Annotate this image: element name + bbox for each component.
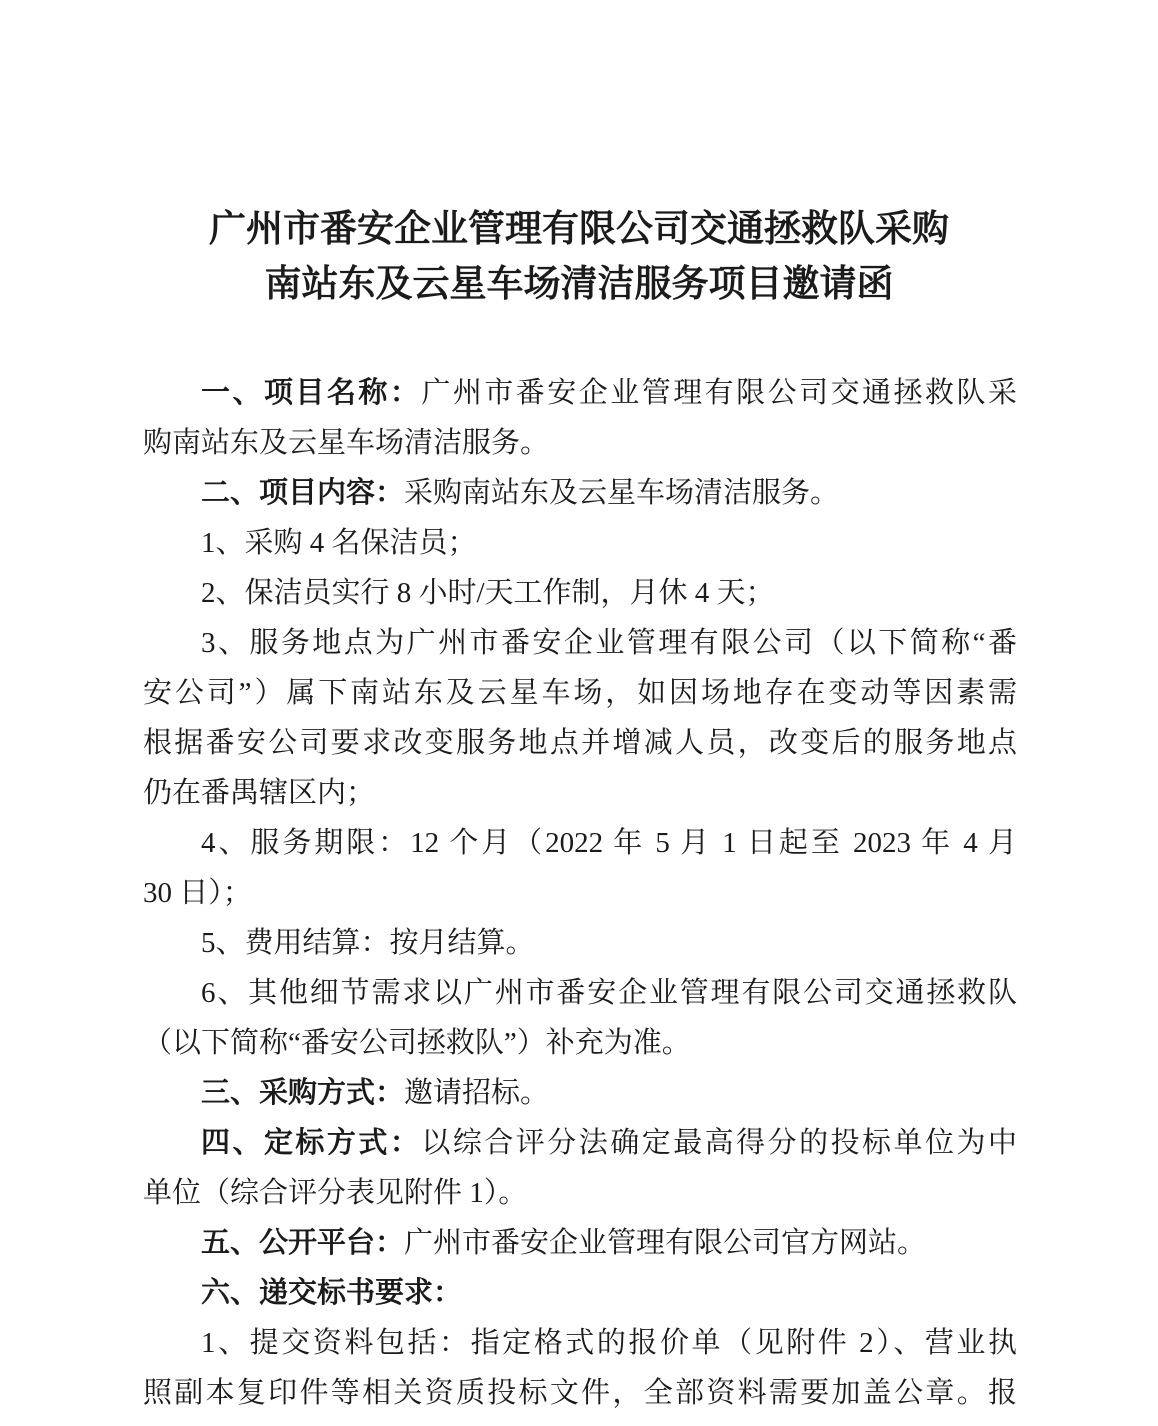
section-heading: 五、公开平台： <box>201 1227 404 1259</box>
text-line: 6、其他细节需求以广州市番安企业管理有限公司交通拯救队 <box>143 968 1017 1018</box>
text-line: 4、服务期限：12 个月（2022 年 5 月 1 日起至 2023 年 4 月 <box>143 818 1017 868</box>
text-line: 六、递交标书要求： <box>143 1268 1017 1318</box>
line-text: 1、采购 4 名保洁员； <box>201 527 477 559</box>
line-text: 照副本复印件等相关资质投标文件，全部资料需要加盖公章。报 <box>143 1377 1017 1409</box>
text-line: 1、提交资料包括：指定格式的报价单（见附件 2）、营业执 <box>143 1318 1017 1368</box>
text-line: 3、服务地点为广州市番安企业管理有限公司（以下简称“番 <box>143 618 1017 668</box>
line-text: 1、提交资料包括：指定格式的报价单（见附件 2）、营业执 <box>201 1327 1017 1359</box>
line-text: 邀请招标。 <box>404 1077 549 1109</box>
line-text: 仍在番禺辖区内； <box>143 777 375 809</box>
text-line: 仍在番禺辖区内； <box>143 768 1017 818</box>
line-text: （以下简称“番安公司拯救队”）补充为准。 <box>143 1027 691 1059</box>
section-heading: 三、采购方式： <box>201 1077 404 1109</box>
line-text: 4、服务期限：12 个月（2022 年 5 月 1 日起至 2023 年 4 月 <box>201 827 1017 859</box>
text-line: 5、费用结算：按月结算。 <box>143 918 1017 968</box>
text-line: 安公司”）属下南站东及云星车场，如因场地存在变动等因素需 <box>143 668 1017 718</box>
line-text: 单位（综合评分表见附件 1）。 <box>143 1177 527 1209</box>
text-line: 一、项目名称：广州市番安企业管理有限公司交通拯救队采 <box>143 368 1017 418</box>
line-text: 购南站东及云星车场清洁服务。 <box>143 427 549 459</box>
line-text: 以综合评分法确定最高得分的投标单位为中 <box>421 1127 1017 1159</box>
line-text: 广州市番安企业管理有限公司官方网站。 <box>404 1227 926 1259</box>
line-text: 5、费用结算：按月结算。 <box>201 927 535 959</box>
title-line-1: 广州市番安企业管理有限公司交通拯救队采购 <box>0 202 1158 257</box>
section-heading: 四、定标方式： <box>201 1127 421 1159</box>
section-heading: 一、项目名称： <box>201 377 421 409</box>
text-line: 三、采购方式：邀请招标。 <box>143 1068 1017 1118</box>
text-line: 购南站东及云星车场清洁服务。 <box>143 418 1017 468</box>
text-line: 照副本复印件等相关资质投标文件，全部资料需要加盖公章。报 <box>143 1368 1017 1418</box>
document-title: 广州市番安企业管理有限公司交通拯救队采购 南站东及云星车场清洁服务项目邀请函 <box>0 202 1158 312</box>
line-text: 30 日）； <box>143 877 252 909</box>
text-line: 五、公开平台：广州市番安企业管理有限公司官方网站。 <box>143 1218 1017 1268</box>
line-text: 3、服务地点为广州市番安企业管理有限公司（以下简称“番 <box>201 627 1017 659</box>
section-heading: 六、递交标书要求： <box>201 1277 462 1309</box>
line-text: 6、其他细节需求以广州市番安企业管理有限公司交通拯救队 <box>201 977 1017 1009</box>
line-text: 2、保洁员实行 8 小时/天工作制，月休 4 天； <box>201 577 775 609</box>
text-line: 二、项目内容：采购南站东及云星车场清洁服务。 <box>143 468 1017 518</box>
text-line: （以下简称“番安公司拯救队”）补充为准。 <box>143 1018 1017 1068</box>
line-text: 采购南站东及云星车场清洁服务。 <box>404 477 839 509</box>
line-text: 广州市番安企业管理有限公司交通拯救队采 <box>421 377 1017 409</box>
text-line: 30 日）； <box>143 868 1017 918</box>
text-line: 根据番安公司要求改变服务地点并增减人员，改变后的服务地点 <box>143 718 1017 768</box>
document-page: 广州市番安企业管理有限公司交通拯救队采购 南站东及云星车场清洁服务项目邀请函 一… <box>0 0 1158 1426</box>
section-heading: 二、项目内容： <box>201 477 404 509</box>
text-line: 单位（综合评分表见附件 1）。 <box>143 1168 1017 1218</box>
line-text: 根据番安公司要求改变服务地点并增减人员，改变后的服务地点 <box>143 727 1017 759</box>
line-text: 安公司”）属下南站东及云星车场，如因场地存在变动等因素需 <box>143 677 1017 709</box>
text-line: 2、保洁员实行 8 小时/天工作制，月休 4 天； <box>143 568 1017 618</box>
text-line: 1、采购 4 名保洁员； <box>143 518 1017 568</box>
text-line: 四、定标方式：以综合评分法确定最高得分的投标单位为中 <box>143 1118 1017 1168</box>
document-body: 一、项目名称：广州市番安企业管理有限公司交通拯救队采 购南站东及云星车场清洁服务… <box>143 368 1017 1418</box>
title-line-2: 南站东及云星车场清洁服务项目邀请函 <box>0 257 1158 312</box>
